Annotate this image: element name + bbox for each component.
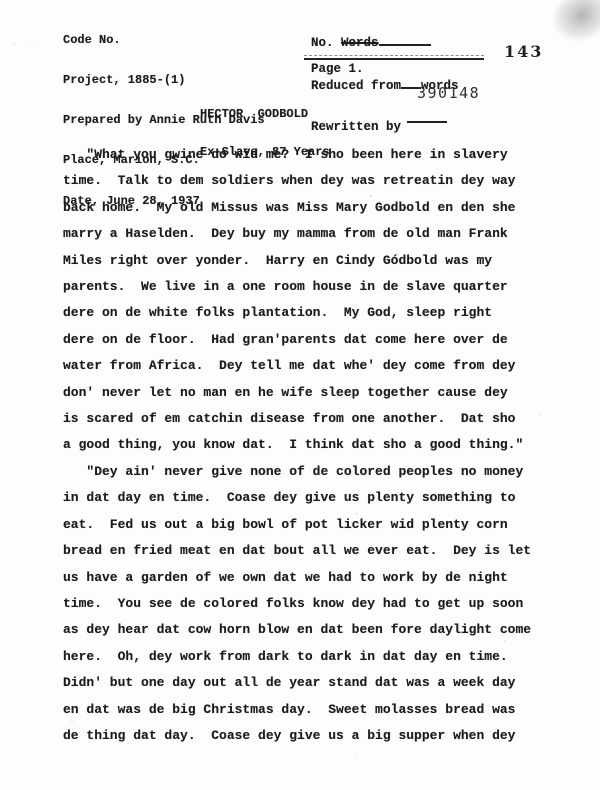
code-no-line: Code No.	[63, 34, 265, 47]
body-line: here. Oh, dey work from dark to dark in …	[63, 644, 593, 670]
body-line: is scared of em catchin disease from one…	[63, 406, 593, 432]
body-line: as dey hear dat cow horn blow en dat bee…	[63, 617, 593, 643]
body-line: en dat was de big Christmas day. Sweet m…	[63, 697, 593, 723]
folio-page-number: 143	[504, 42, 543, 61]
body-line: water from Africa. Dey tell me dat whe' …	[63, 353, 593, 379]
body-line: time. You see de colored folks know dey …	[63, 591, 593, 617]
blank-line	[407, 121, 447, 131]
body-line: Miles right over yonder. Harry en Cindy …	[63, 248, 593, 274]
body-line: marry a Haselden. Dey buy my mamma from …	[63, 221, 593, 247]
divider-line	[304, 55, 484, 56]
body-line: bread en fried meat en dat bout all we e…	[63, 538, 593, 564]
body-line: us have a garden of we own dat we had to…	[63, 565, 593, 591]
accession-number-stamp: 390148	[417, 84, 480, 102]
body-text: "What you gwine do wid me? I sho been he…	[63, 142, 593, 749]
body-line: don' never let no man en he wife sleep t…	[63, 380, 593, 406]
words-count-row: No. Words	[311, 34, 459, 50]
body-line: dere on de floor. Had gran'parents dat c…	[63, 327, 593, 353]
body-line: "What you gwine do wid me? I sho been he…	[63, 142, 593, 168]
rewritten-by-row: Rewritten by	[311, 120, 459, 134]
document-page: Code No. Project, 1885-(1) Prepared by A…	[0, 0, 600, 790]
body-line: Didn' but one day out all de year stand …	[63, 670, 593, 696]
blank-line	[379, 34, 431, 46]
no-label: No.	[311, 36, 341, 50]
page-label: Page 1.	[311, 62, 364, 76]
divider-line	[304, 58, 484, 60]
body-line: de thing dat day. Coase dey give us a bi…	[63, 723, 593, 749]
body-line: time. Talk to dem soldiers when dey was …	[63, 168, 593, 194]
body-line: eat. Fed us out a big bowl of pot licker…	[63, 512, 593, 538]
struck-words-label: Words	[341, 36, 379, 50]
body-line: dere on de white folks plantation. My Go…	[63, 300, 593, 326]
title-name: HECTOR GODBOLD	[200, 108, 330, 121]
body-line: "Dey ain' never give none of de colored …	[63, 459, 593, 485]
body-line: parents. We live in a one room house in …	[63, 274, 593, 300]
body-line: back home. My old Missus was Miss Mary G…	[63, 195, 593, 221]
body-line: in dat day en time. Coase dey give us pl…	[63, 485, 593, 511]
body-line: a good thing, you know dat. I think dat …	[63, 432, 593, 458]
